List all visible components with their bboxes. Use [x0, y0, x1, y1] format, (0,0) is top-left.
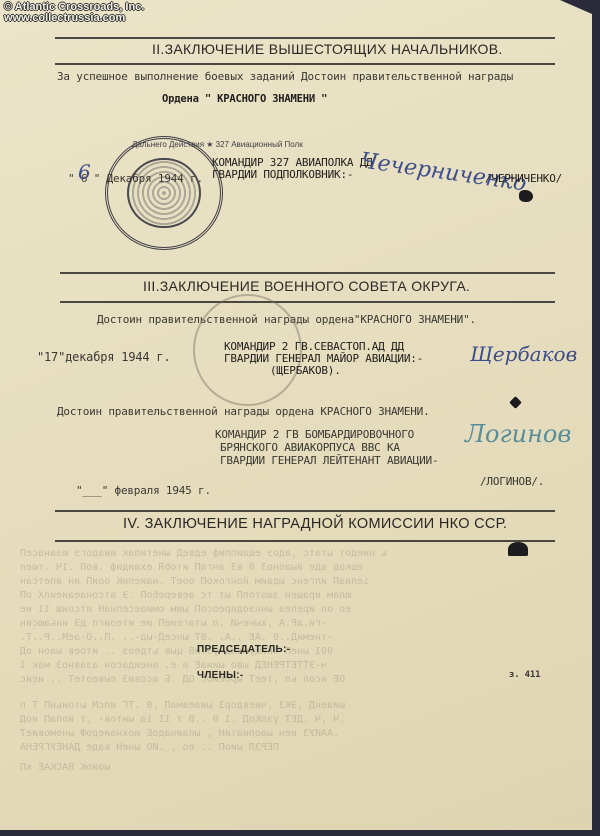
section4-heading: IV. ЗАКЛЮЧЕНИЕ НАГРАДНОЙ КОМИССИИ НКО СС…: [123, 516, 507, 532]
section3-heading: III.ЗАКЛЮЧЕНИЕ ВОЕННОГО СОВЕТА ОКРУГА.: [143, 278, 470, 294]
section2-commander-name: /ЧЕРНИЧЕНКО/: [485, 172, 562, 185]
ink-blot: [519, 190, 533, 202]
website-line: www.collectrussia.com: [4, 13, 144, 24]
section4-top-rule: [55, 510, 555, 512]
regiment-round-stamp: [105, 136, 223, 250]
section3-commander1-name: (ЩЕРБАКОВ).: [270, 364, 341, 377]
chairman-label: ПРЕДСЕДАТЕЛЬ:-: [197, 644, 290, 655]
section4-bottom-rule: [55, 540, 555, 542]
section2-heading: II.ЗАКЛЮЧЕНИЕ ВЫШЕСТОЯЩИХ НАЧАЛЬНИКОВ.: [152, 41, 503, 57]
shcherbakov-signature: Щербаков: [470, 342, 577, 366]
section2-bottom-rule: [55, 63, 555, 65]
section3-bottom-rule: [60, 301, 555, 303]
form-number: з. 411: [509, 670, 540, 680]
document-page: © Atlantic Crossroads, Inc. www.collectr…: [0, 0, 592, 830]
loginov-signature: Логинов: [465, 420, 571, 448]
stamp-emblem: [127, 158, 200, 229]
paper-damage-spot: [508, 542, 528, 556]
day-handwritten: 6: [78, 160, 91, 184]
section3-commander2-name: /ЛОГИНОВ/.: [480, 475, 544, 488]
section2-commander-rank: ГВАРДИИ ПОДПОЛКОВНИК:-: [212, 168, 353, 181]
copyright-watermark: © Atlantic Crossroads, Inc. www.collectr…: [4, 2, 144, 24]
section2-top-rule: [55, 37, 555, 39]
section3-top-rule: [60, 272, 555, 274]
ink-spot: [509, 396, 522, 409]
section3-commander2-title: КОМАНДИР 2 ГВ БОМБАРДИРОВОЧНОГО: [215, 428, 414, 441]
section3-decision-2: Достоин правительственной награды ордена…: [57, 405, 430, 418]
section2-recommendation: За успешное выполнение боевых заданий До…: [57, 70, 513, 83]
section3-date-2: "___" февраля 1945 г.: [76, 484, 211, 497]
section2-order-name: Ордена " КРАСНОГО ЗНАМЕНИ ": [162, 93, 327, 105]
section3-date-1: "17"декабря 1944 г.: [37, 350, 170, 364]
section3-commander2-unit: БРЯНСКОГО АВИАКОРПУСА ВВС КА: [220, 441, 400, 454]
members-label: ЧЛЕНЫ:-: [197, 670, 244, 681]
section3-commander2-rank: ГВАРДИИ ГЕНЕРАЛ ЛЕЙТЕНАНТ АВИАЦИИ-: [220, 454, 438, 467]
stamp-label: Дальнего Действия ★ 327 Авиационный Полк: [132, 140, 303, 149]
